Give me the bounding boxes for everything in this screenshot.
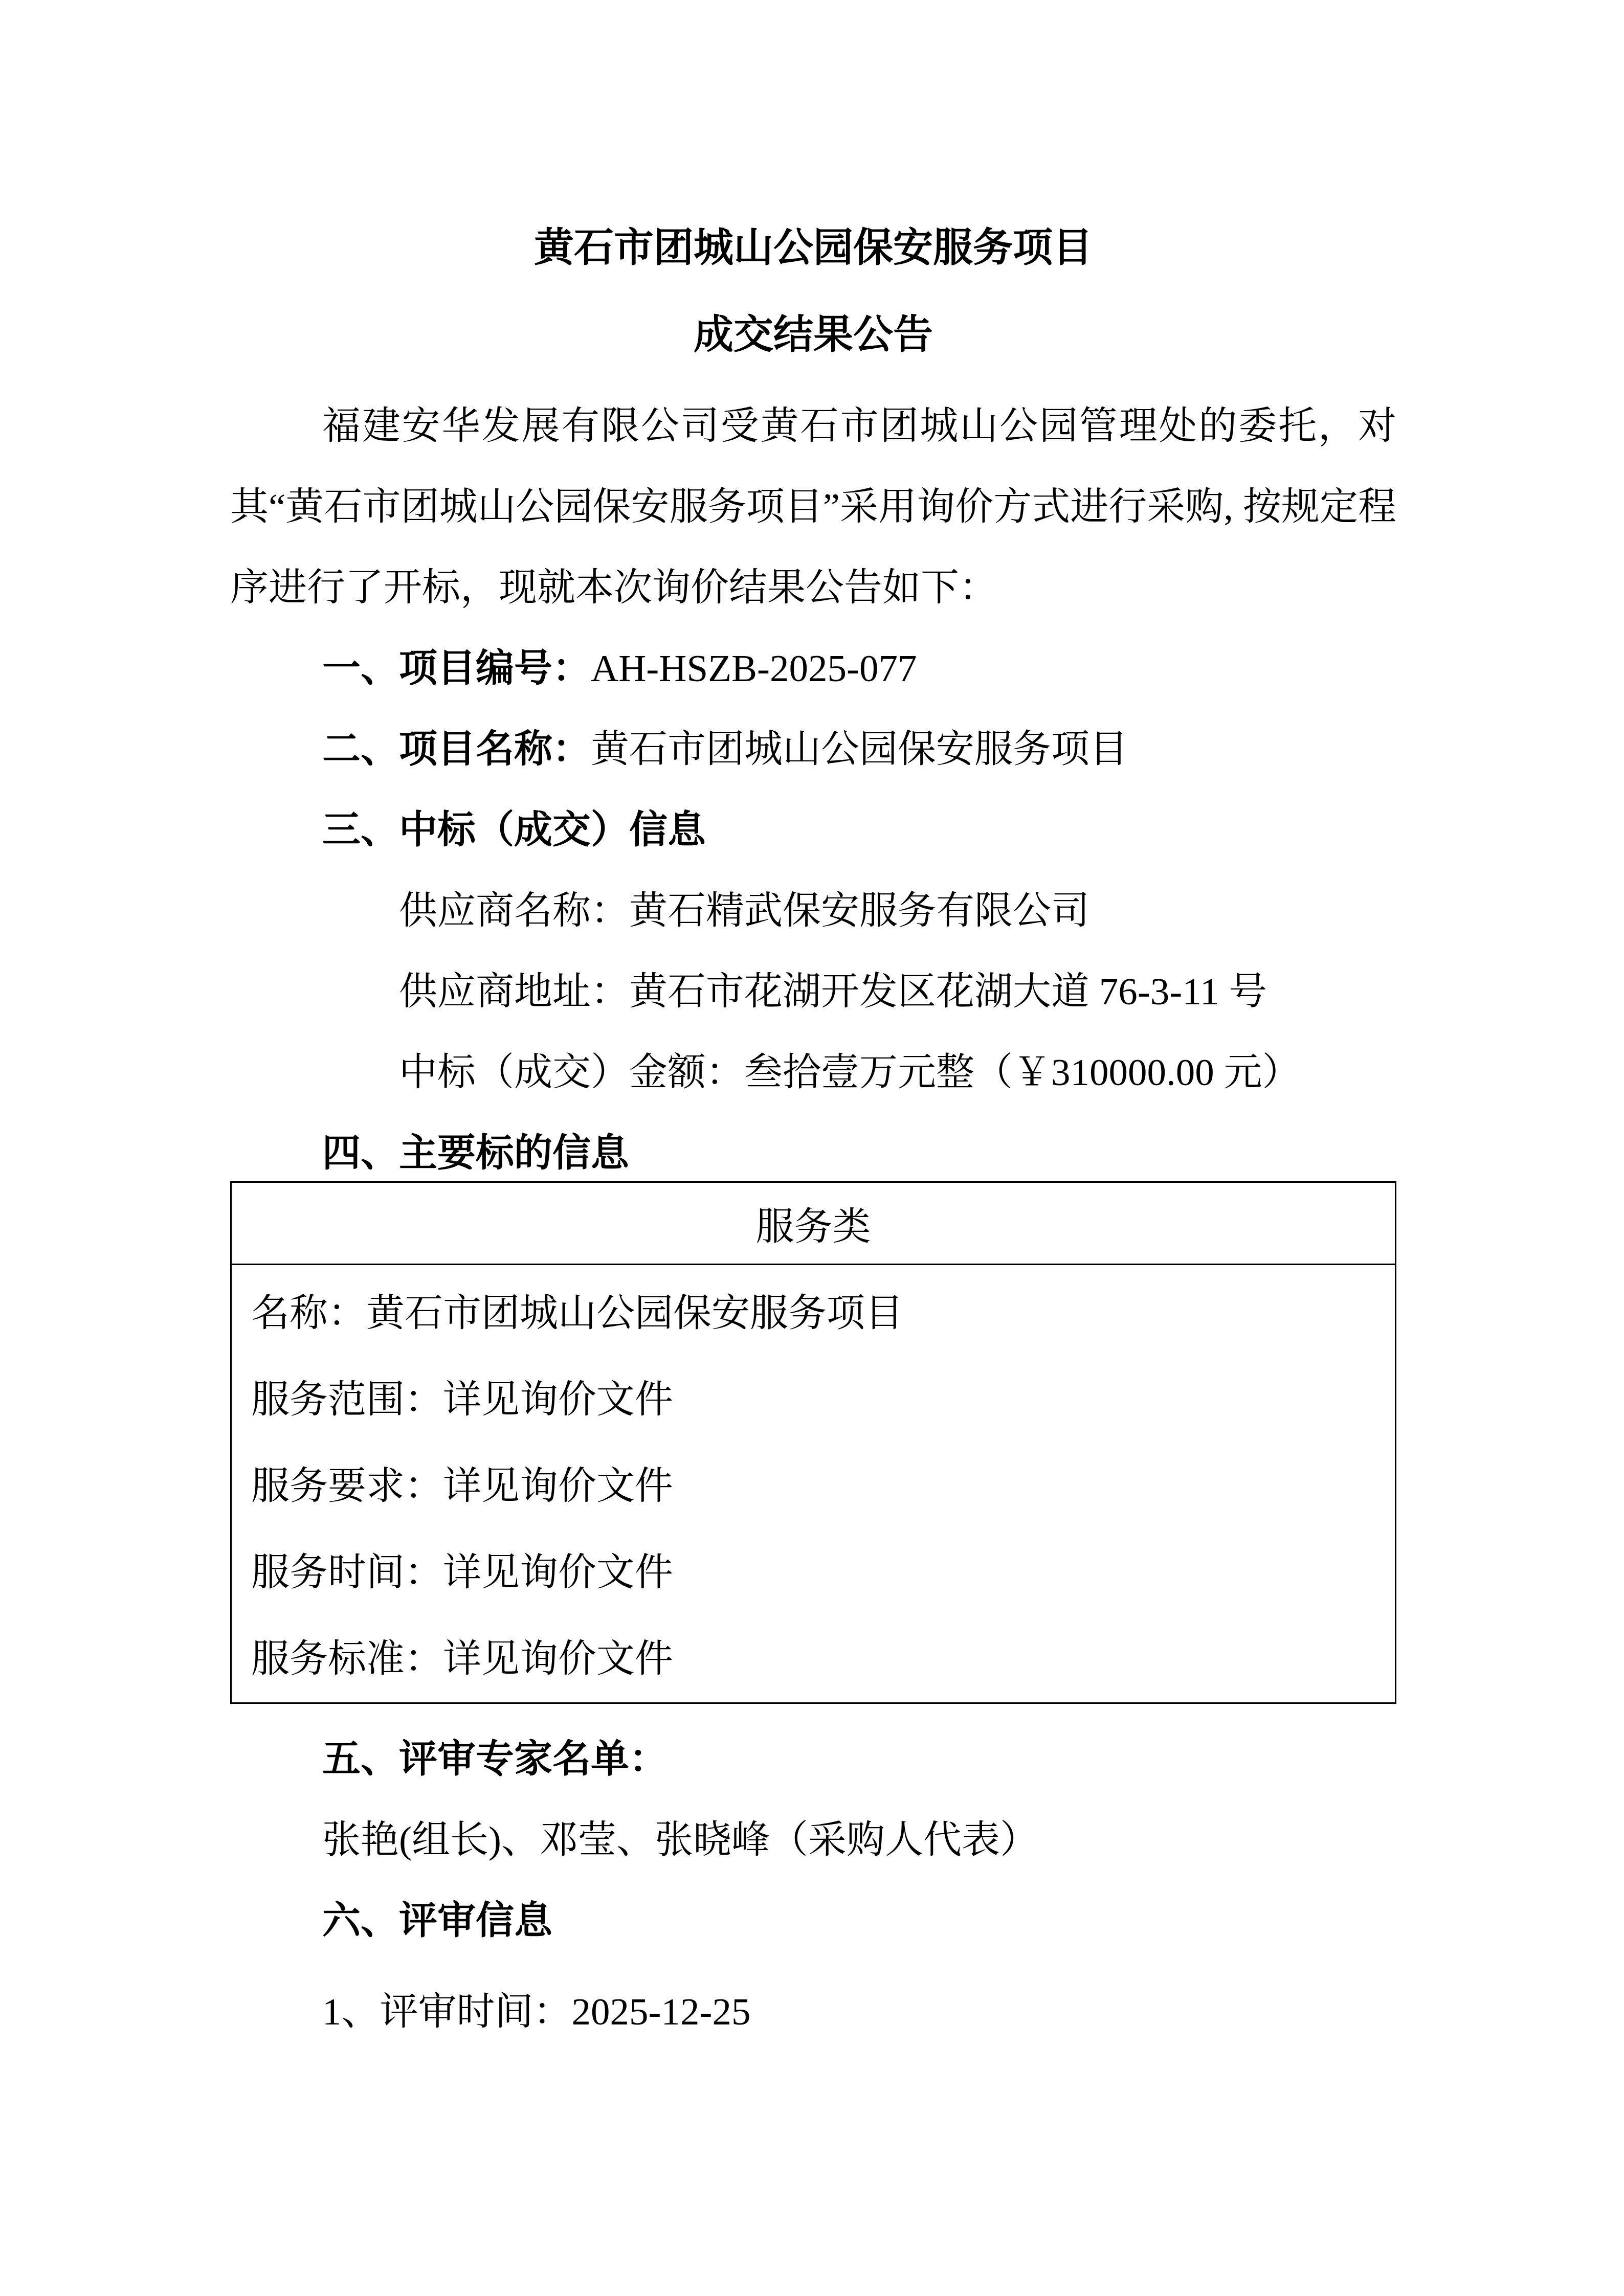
section-5-experts-heading: 五、评审专家名单：: [230, 1719, 1396, 1800]
intro-paragraph: 福建安华发展有限公司受黄石市团城山公园管理处的委托，对其“黄石市团城山公园保安服…: [230, 386, 1396, 628]
supplier-address-label: 供应商地址：: [399, 971, 629, 1013]
supplier-name-line: 供应商名称：黄石精武保安服务有限公司: [230, 871, 1396, 952]
supplier-address-line: 供应商地址：黄石市花湖开发区花湖大道 76-3-11 号: [230, 952, 1396, 1032]
supplier-name-label: 供应商名称：: [399, 890, 629, 932]
table-row-service-standard: 服务标准：详见询价文件: [251, 1616, 1374, 1702]
supplier-address-value: 黄石市花湖开发区花湖大道 76-3-11 号: [629, 971, 1267, 1013]
section-1-label: 一、项目编号：: [322, 647, 591, 690]
table-row-service-scope: 服务范围：详见询价文件: [251, 1357, 1374, 1443]
table-row-service-requirements: 服务要求：详见询价文件: [251, 1443, 1374, 1529]
document-page: 黄石市团城山公园保安服务项目 成交结果公告 福建安华发展有限公司受黄石市团城山公…: [0, 0, 1624, 2296]
award-amount-label: 中标（成交）金额：: [399, 1051, 744, 1094]
table-header-cell: 服务类: [232, 1183, 1395, 1265]
doc-title-line2: 成交结果公告: [230, 307, 1396, 363]
supplier-name-value: 黄石精武保安服务有限公司: [629, 890, 1089, 932]
review-time-label: 1、评审时间：: [322, 1991, 572, 2033]
table-row-service-time: 服务时间：详见询价文件: [251, 1529, 1374, 1616]
award-amount-line: 中标（成交）金额：叁拾壹万元整（￥310000.00 元）: [230, 1032, 1396, 1113]
award-amount-value: 叁拾壹万元整（￥310000.00 元）: [744, 1051, 1301, 1094]
experts-list-line: 张艳(组长)、邓莹、张晓峰（采购人代表）: [230, 1800, 1396, 1881]
section-2-label: 二、项目名称：: [322, 728, 591, 771]
review-time-value: 2025-12-25: [572, 1991, 751, 2033]
subject-info-table: 服务类 名称：黄石市团城山公园保安服务项目 服务范围：详见询价文件 服务要求：详…: [230, 1181, 1396, 1704]
section-6-review-info-heading: 六、评审信息: [230, 1881, 1396, 1962]
section-2-project-name: 二、项目名称：黄石市团城山公园保安服务项目: [230, 709, 1396, 790]
section-3-award-info-heading: 三、中标（成交）信息: [230, 790, 1396, 871]
section-1-project-number: 一、项目编号：AH-HSZB-2025-077: [230, 628, 1396, 709]
table-row-name: 名称：黄石市团城山公园保安服务项目: [251, 1270, 1374, 1357]
section-1-value: AH-HSZB-2025-077: [591, 647, 917, 690]
review-time-line: 1、评审时间：2025-12-25: [230, 1972, 1396, 2053]
doc-title-line1: 黄石市团城山公园保安服务项目: [230, 220, 1396, 276]
section-2-value: 黄石市团城山公园保安服务项目: [591, 728, 1128, 771]
table-body-cell: 名称：黄石市团城山公园保安服务项目 服务范围：详见询价文件 服务要求：详见询价文…: [232, 1265, 1395, 1702]
